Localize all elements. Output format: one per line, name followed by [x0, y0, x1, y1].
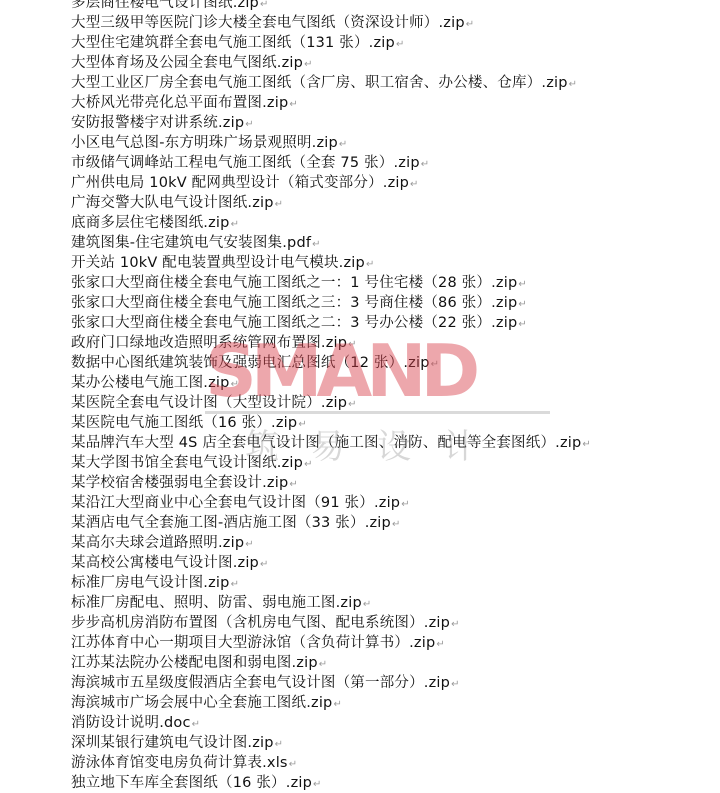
file-list-item: 大型工业区厂房全套电气施工图纸（含厂房、职工宿舍、办公楼、仓库）.zip↵	[71, 73, 591, 93]
file-list-item: 大型住宅建筑群全套电气施工图纸（131 张）.zip↵	[71, 33, 591, 53]
file-list-item: 张家口大型商住楼全套电气施工图纸之一：1 号住宅楼（28 张）.zip↵	[71, 273, 591, 293]
file-name: 某学校宿舍楼强弱电全套设计.zip	[71, 475, 288, 491]
file-name: 游泳体育馆变电房负荷计算表.xls	[71, 755, 288, 771]
document-page: 多层商住楼电气设计图纸.zip↵ 大型三级甲等医院门诊大楼全套电气图纸（资深设计…	[0, 0, 720, 793]
file-list-item: 海滨城市五星级度假酒店全套电气设计图（第一部分）.zip↵	[71, 673, 591, 693]
paragraph-mark-icon: ↵	[410, 179, 419, 190]
paragraph-mark-icon: ↵	[518, 299, 527, 310]
paragraph-mark-icon: ↵	[245, 539, 254, 550]
file-list-item: 大型体育场及公园全套电气图纸.zip↵	[71, 53, 591, 73]
paragraph-mark-icon: ↵	[363, 599, 372, 610]
file-list-item: 深圳某银行建筑电气设计图.zip↵	[71, 733, 591, 753]
file-list-item: 建筑图集-住宅建筑电气安装图集.pdf↵	[71, 233, 591, 253]
file-name: 大桥风光带亮化总平面布置图.zip	[71, 95, 288, 111]
file-list-item: 某高校公寓楼电气设计图.zip↵	[71, 553, 591, 573]
file-name: 政府门口绿地改造照明系统管网布置图.zip	[71, 335, 347, 351]
file-list-item: 某高尔夫球会道路照明.zip↵	[71, 533, 591, 553]
file-name: 海滨城市五星级度假酒店全套电气设计图（第一部分）.zip	[71, 675, 450, 691]
file-list-item: 安防报警楼宇对讲系统.zip↵	[71, 113, 591, 133]
paragraph-mark-icon: ↵	[582, 439, 591, 450]
file-name: 张家口大型商住楼全套电气施工图纸之三：3 号商住楼（86 张）.zip	[71, 295, 517, 311]
paragraph-mark-icon: ↵	[396, 39, 405, 50]
file-name: 广海交警大队电气设计图纸.zip	[71, 195, 274, 211]
file-list-item: 张家口大型商住楼全套电气施工图纸之三：3 号商住楼（86 张）.zip↵	[71, 293, 591, 313]
paragraph-mark-icon: ↵	[518, 279, 527, 290]
paragraph-mark-icon: ↵	[366, 259, 375, 270]
paragraph-mark-icon: ↵	[275, 199, 284, 210]
file-list-item: 某酒店电气全套施工图-酒店施工图（33 张）.zip↵	[71, 513, 591, 533]
file-list-item: 数据中心图纸建筑装饰及强弱电汇总图纸（12 张）.zip↵	[71, 353, 591, 373]
file-name: 张家口大型商住楼全套电气施工图纸之二：3 号办公楼（22 张）.zip	[71, 315, 517, 331]
file-name: 某沿江大型商业中心全套电气设计图（91 张）.zip	[71, 495, 400, 511]
file-name: 底商多层住宅楼图纸.zip	[71, 215, 230, 231]
paragraph-mark-icon: ↵	[260, 559, 269, 570]
paragraph-mark-icon: ↵	[348, 399, 357, 410]
paragraph-mark-icon: ↵	[304, 459, 313, 470]
paragraph-mark-icon: ↵	[451, 619, 460, 630]
paragraph-mark-icon: ↵	[392, 519, 401, 530]
paragraph-mark-icon: ↵	[348, 339, 357, 350]
file-name: 某医院全套电气设计图（大型设计院）.zip	[71, 395, 347, 411]
file-name: 某大学图书馆全套电气设计图纸.zip	[71, 455, 303, 471]
file-list-item: 广州供电局 10kV 配网典型设计（箱式变部分）.zip↵	[71, 173, 591, 193]
file-list-item: 某品牌汽车大型 4S 店全套电气设计图（施工图、消防、配电等全套图纸）.zip↵	[71, 433, 591, 453]
paragraph-mark-icon: ↵	[260, 0, 269, 10]
file-name: 数据中心图纸建筑装饰及强弱电汇总图纸（12 张）.zip	[71, 355, 430, 371]
file-name: 大型工业区厂房全套电气施工图纸（含厂房、职工宿舍、办公楼、仓库）.zip	[71, 75, 568, 91]
paragraph-mark-icon: ↵	[421, 159, 430, 170]
file-name: 大型住宅建筑群全套电气施工图纸（131 张）.zip	[71, 35, 395, 51]
file-list-item: 江苏某法院办公楼配电图和弱电图.zip↵	[71, 653, 591, 673]
file-name: 张家口大型商住楼全套电气施工图纸之一：1 号住宅楼（28 张）.zip	[71, 275, 517, 291]
file-list-item: 大型三级甲等医院门诊大楼全套电气图纸（资深设计师）.zip↵	[71, 13, 591, 33]
file-name: 某酒店电气全套施工图-酒店施工图（33 张）.zip	[71, 515, 391, 531]
file-name: 市级储气调峰站工程电气施工图纸（全套 75 张）.zip	[71, 155, 420, 171]
file-list-item: 某医院全套电气设计图（大型设计院）.zip↵	[71, 393, 591, 413]
file-name: 标准厂房配电、照明、防雷、弱电施工图.zip	[71, 595, 362, 611]
file-list-item: 某学校宿舍楼强弱电全套设计.zip↵	[71, 473, 591, 493]
paragraph-mark-icon: ↵	[518, 319, 527, 330]
file-list-item: 市级储气调峰站工程电气施工图纸（全套 75 张）.zip↵	[71, 153, 591, 173]
file-list-item: 某医院电气施工图纸（16 张）.zip↵	[71, 413, 591, 433]
paragraph-mark-icon: ↵	[245, 119, 254, 130]
file-name: 步步高机房消防布置图（含机房电气图、配电系统图）.zip	[71, 615, 450, 631]
file-list-item: 开关站 10kV 配电装置典型设计电气模块.zip↵	[71, 253, 591, 273]
file-list-item: 游泳体育馆变电房负荷计算表.xls↵	[71, 753, 591, 773]
file-list-item: 海滨城市广场会展中心全套施工图纸.zip↵	[71, 693, 591, 713]
file-name: 消防设计说明.doc	[71, 715, 191, 731]
paragraph-mark-icon: ↵	[231, 219, 240, 230]
file-list-item: 标准厂房配电、照明、防雷、弱电施工图.zip↵	[71, 593, 591, 613]
file-name: 大型三级甲等医院门诊大楼全套电气图纸（资深设计师）.zip	[71, 15, 465, 31]
paragraph-mark-icon: ↵	[289, 479, 298, 490]
paragraph-mark-icon: ↵	[569, 79, 578, 90]
file-list-item: 江苏体育中心一期项目大型游泳馆（含负荷计算书）.zip↵	[71, 633, 591, 653]
paragraph-mark-icon: ↵	[192, 719, 201, 730]
file-name: 深圳某银行建筑电气设计图.zip	[71, 735, 274, 751]
file-list-item: 独立地下车库全套图纸（16 张）.zip↵	[71, 773, 591, 793]
paragraph-mark-icon: ↵	[312, 239, 321, 250]
file-list-item: 大桥风光带亮化总平面布置图.zip↵	[71, 93, 591, 113]
file-list-item: 消防设计说明.doc↵	[71, 713, 591, 733]
file-name: 多层商住楼电气设计图纸.zip	[71, 0, 259, 11]
paragraph-mark-icon: ↵	[333, 699, 342, 710]
file-name: 海滨城市广场会展中心全套施工图纸.zip	[71, 695, 332, 711]
file-list-item: 多层商住楼电气设计图纸.zip↵	[71, 0, 591, 13]
paragraph-mark-icon: ↵	[231, 379, 240, 390]
file-name: 某品牌汽车大型 4S 店全套电气设计图（施工图、消防、配电等全套图纸）.zip	[71, 435, 581, 451]
file-name: 安防报警楼宇对讲系统.zip	[71, 115, 244, 131]
file-list-item: 政府门口绿地改造照明系统管网布置图.zip↵	[71, 333, 591, 353]
paragraph-mark-icon: ↵	[289, 99, 298, 110]
file-list-item: 某大学图书馆全套电气设计图纸.zip↵	[71, 453, 591, 473]
file-list-item: 小区电气总图-东方明珠广场景观照明.zip↵	[71, 133, 591, 153]
file-list-item: 张家口大型商住楼全套电气施工图纸之二：3 号办公楼（22 张）.zip↵	[71, 313, 591, 333]
file-name: 建筑图集-住宅建筑电气安装图集.pdf	[71, 235, 311, 251]
file-name: 某办公楼电气施工图.zip	[71, 375, 230, 391]
paragraph-mark-icon: ↵	[231, 579, 240, 590]
file-list: 多层商住楼电气设计图纸.zip↵ 大型三级甲等医院门诊大楼全套电气图纸（资深设计…	[71, 0, 591, 793]
paragraph-mark-icon: ↵	[466, 19, 475, 30]
file-name: 某高校公寓楼电气设计图.zip	[71, 555, 259, 571]
file-name: 小区电气总图-东方明珠广场景观照明.zip	[71, 135, 338, 151]
file-list-item: 标准厂房电气设计图.zip↵	[71, 573, 591, 593]
paragraph-mark-icon: ↵	[304, 59, 313, 70]
paragraph-mark-icon: ↵	[319, 659, 328, 670]
file-list-item: 某办公楼电气施工图.zip↵	[71, 373, 591, 393]
file-list-item: 步步高机房消防布置图（含机房电气图、配电系统图）.zip↵	[71, 613, 591, 633]
file-name: 江苏某法院办公楼配电图和弱电图.zip	[71, 655, 318, 671]
paragraph-mark-icon: ↵	[298, 419, 307, 430]
paragraph-mark-icon: ↵	[451, 679, 460, 690]
paragraph-mark-icon: ↵	[313, 779, 322, 790]
file-name: 某高尔夫球会道路照明.zip	[71, 535, 244, 551]
paragraph-mark-icon: ↵	[275, 739, 284, 750]
paragraph-mark-icon: ↵	[431, 359, 440, 370]
paragraph-mark-icon: ↵	[401, 499, 410, 510]
file-name: 大型体育场及公园全套电气图纸.zip	[71, 55, 303, 71]
file-name: 开关站 10kV 配电装置典型设计电气模块.zip	[71, 255, 365, 271]
file-list-item: 某沿江大型商业中心全套电气设计图（91 张）.zip↵	[71, 493, 591, 513]
paragraph-mark-icon: ↵	[436, 639, 445, 650]
file-name: 某医院电气施工图纸（16 张）.zip	[71, 415, 297, 431]
file-list-item: 底商多层住宅楼图纸.zip↵	[71, 213, 591, 233]
file-list-item: 广海交警大队电气设计图纸.zip↵	[71, 193, 591, 213]
file-name: 独立地下车库全套图纸（16 张）.zip	[71, 775, 312, 791]
paragraph-mark-icon: ↵	[339, 139, 348, 150]
paragraph-mark-icon: ↵	[289, 759, 298, 770]
file-name: 标准厂房电气设计图.zip	[71, 575, 230, 591]
file-name: 广州供电局 10kV 配网典型设计（箱式变部分）.zip	[71, 175, 409, 191]
file-name: 江苏体育中心一期项目大型游泳馆（含负荷计算书）.zip	[71, 635, 435, 651]
